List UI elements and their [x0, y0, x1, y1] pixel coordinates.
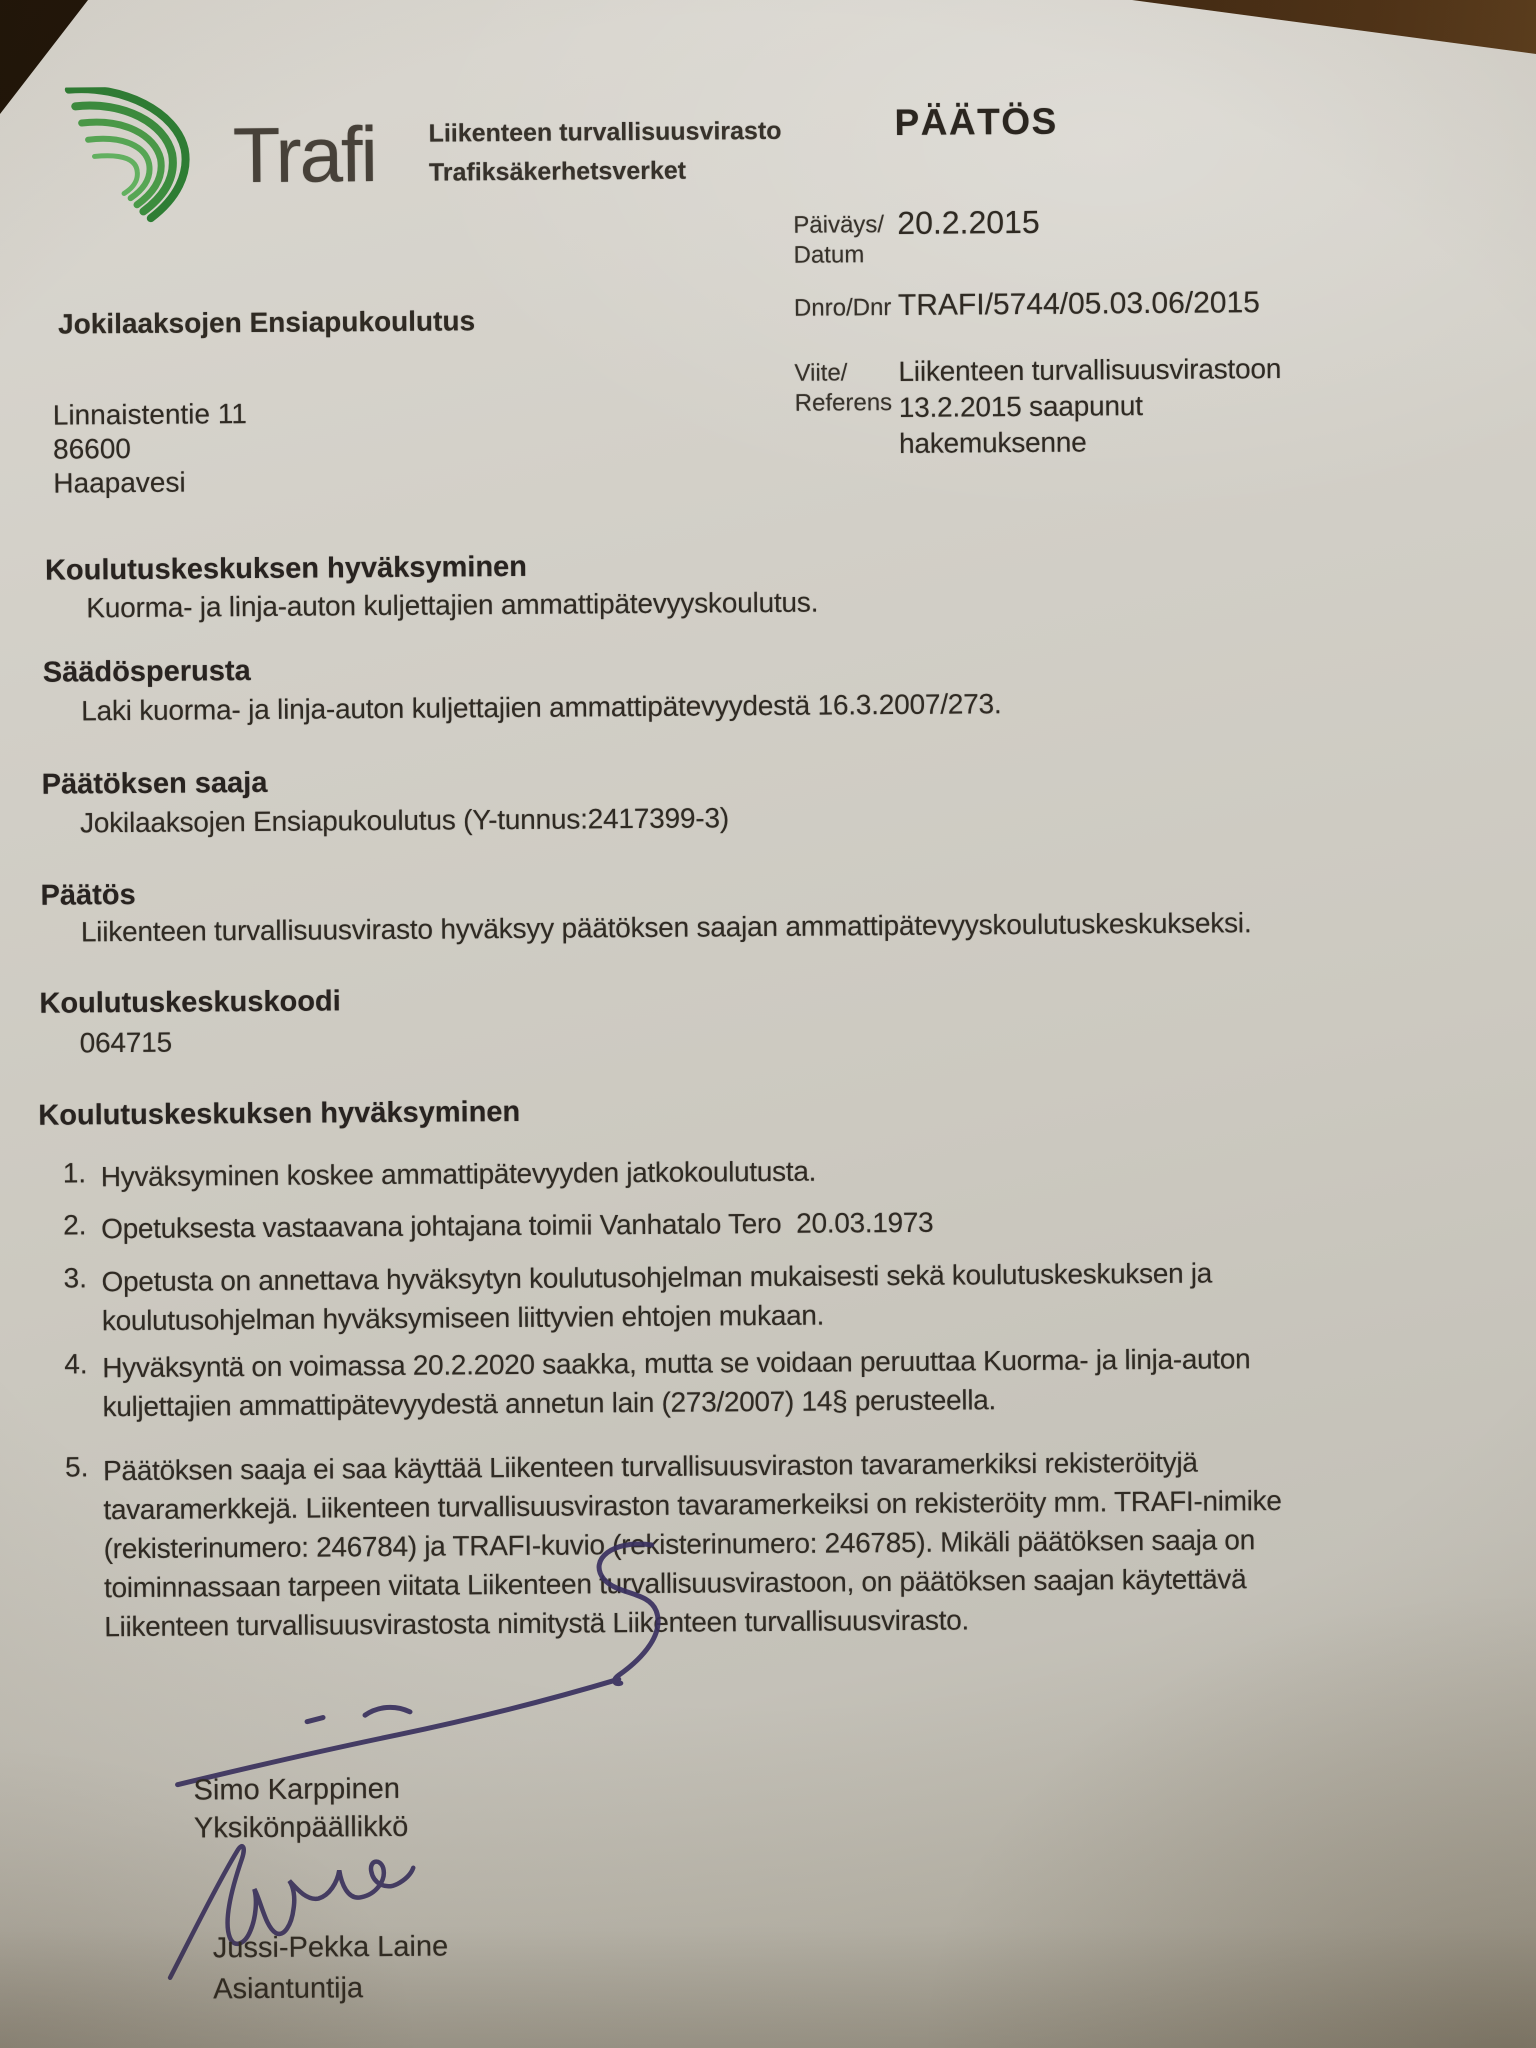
list-item-number: 5.	[65, 1451, 89, 1483]
recipient-address: Linnaistentie 11 86600 Haapavesi	[53, 397, 248, 501]
training-centre-code-value: 064715	[80, 1027, 172, 1060]
reference-label-sv: Referens	[795, 389, 893, 418]
reference-value: Liikenteen turvallisuusvirastoon 13.2.20…	[898, 350, 1379, 462]
document-photo: Trafi Liikenteen turvallisuusvirasto Tra…	[0, 0, 1536, 2048]
trafi-wordmark: Trafi	[232, 115, 376, 194]
signer-name: Simo Karppinen	[193, 1773, 400, 1808]
date-label-fi: Päiväys/	[793, 211, 884, 240]
signer-title: Asiantuntija	[213, 1972, 363, 2006]
list-item-text: Hyväksyminen koskee ammattipätevyyden ja…	[101, 1146, 1481, 1196]
agency-name-finnish: Liikenteen turvallisuusvirasto	[428, 112, 781, 154]
record-number-value: TRAFI/5744/05.03.06/2015	[898, 286, 1260, 323]
list-item-number: 4.	[64, 1348, 88, 1380]
section-heading-approval: Koulutuskeskuksen hyväksyminen	[45, 551, 527, 588]
handwritten-signature-simo-karppinen	[156, 1529, 688, 1803]
record-number-label: Dnro/Dnr	[794, 294, 892, 323]
agency-tagline: Liikenteen turvallisuusvirasto Trafiksäk…	[428, 112, 782, 193]
list-item-text: Opetuksesta vastaavana johtajana toimii …	[101, 1198, 1481, 1248]
section-heading-decision-recipient: Päätöksen saaja	[42, 767, 268, 802]
trafi-logo-swoosh-icon	[56, 86, 225, 225]
section-heading-conditions: Koulutuskeskuksen hyväksyminen	[38, 1096, 520, 1133]
list-item-text: Opetusta on annettava hyväksytyn koulutu…	[101, 1251, 1482, 1340]
section-body-decision: Liikenteen turvallisuusvirasto hyväksyy …	[81, 907, 1252, 948]
list-item-number: 3.	[63, 1262, 87, 1294]
list-item-number: 1.	[63, 1157, 87, 1189]
list-item-number: 2.	[63, 1209, 87, 1241]
reference-label-fi: Viite/	[794, 359, 847, 387]
section-body-decision-recipient: Jokilaaksojen Ensiapukoulutus (Y-tunnus:…	[80, 802, 729, 839]
section-body-legal-basis: Laki kuorma- ja linja-auton kuljettajien…	[81, 688, 1002, 727]
list-item-text: Hyväksyntä on voimassa 20.2.2020 saakka,…	[102, 1337, 1483, 1426]
decision-date: 20.2.2015	[897, 204, 1040, 242]
section-heading-legal-basis: Säädösperusta	[43, 655, 251, 690]
section-heading-decision: Päätös	[40, 879, 135, 913]
agency-name-swedish: Trafiksäkerhetsverket	[429, 151, 782, 193]
signer-name: Jussi-Pekka Laine	[213, 1931, 449, 1966]
recipient-name: Jokilaaksojen Ensiapukoulutus	[58, 305, 475, 340]
section-heading-training-centre-code: Koulutuskeskuskoodi	[39, 985, 341, 1020]
date-label-sv: Datum	[793, 241, 864, 270]
document-type-title: PÄÄTÖS	[894, 101, 1058, 144]
letter-content: Trafi Liikenteen turvallisuusvirasto Tra…	[0, 0, 1536, 2048]
section-body-approval: Kuorma- ja linja-auton kuljettajien amma…	[86, 587, 818, 625]
